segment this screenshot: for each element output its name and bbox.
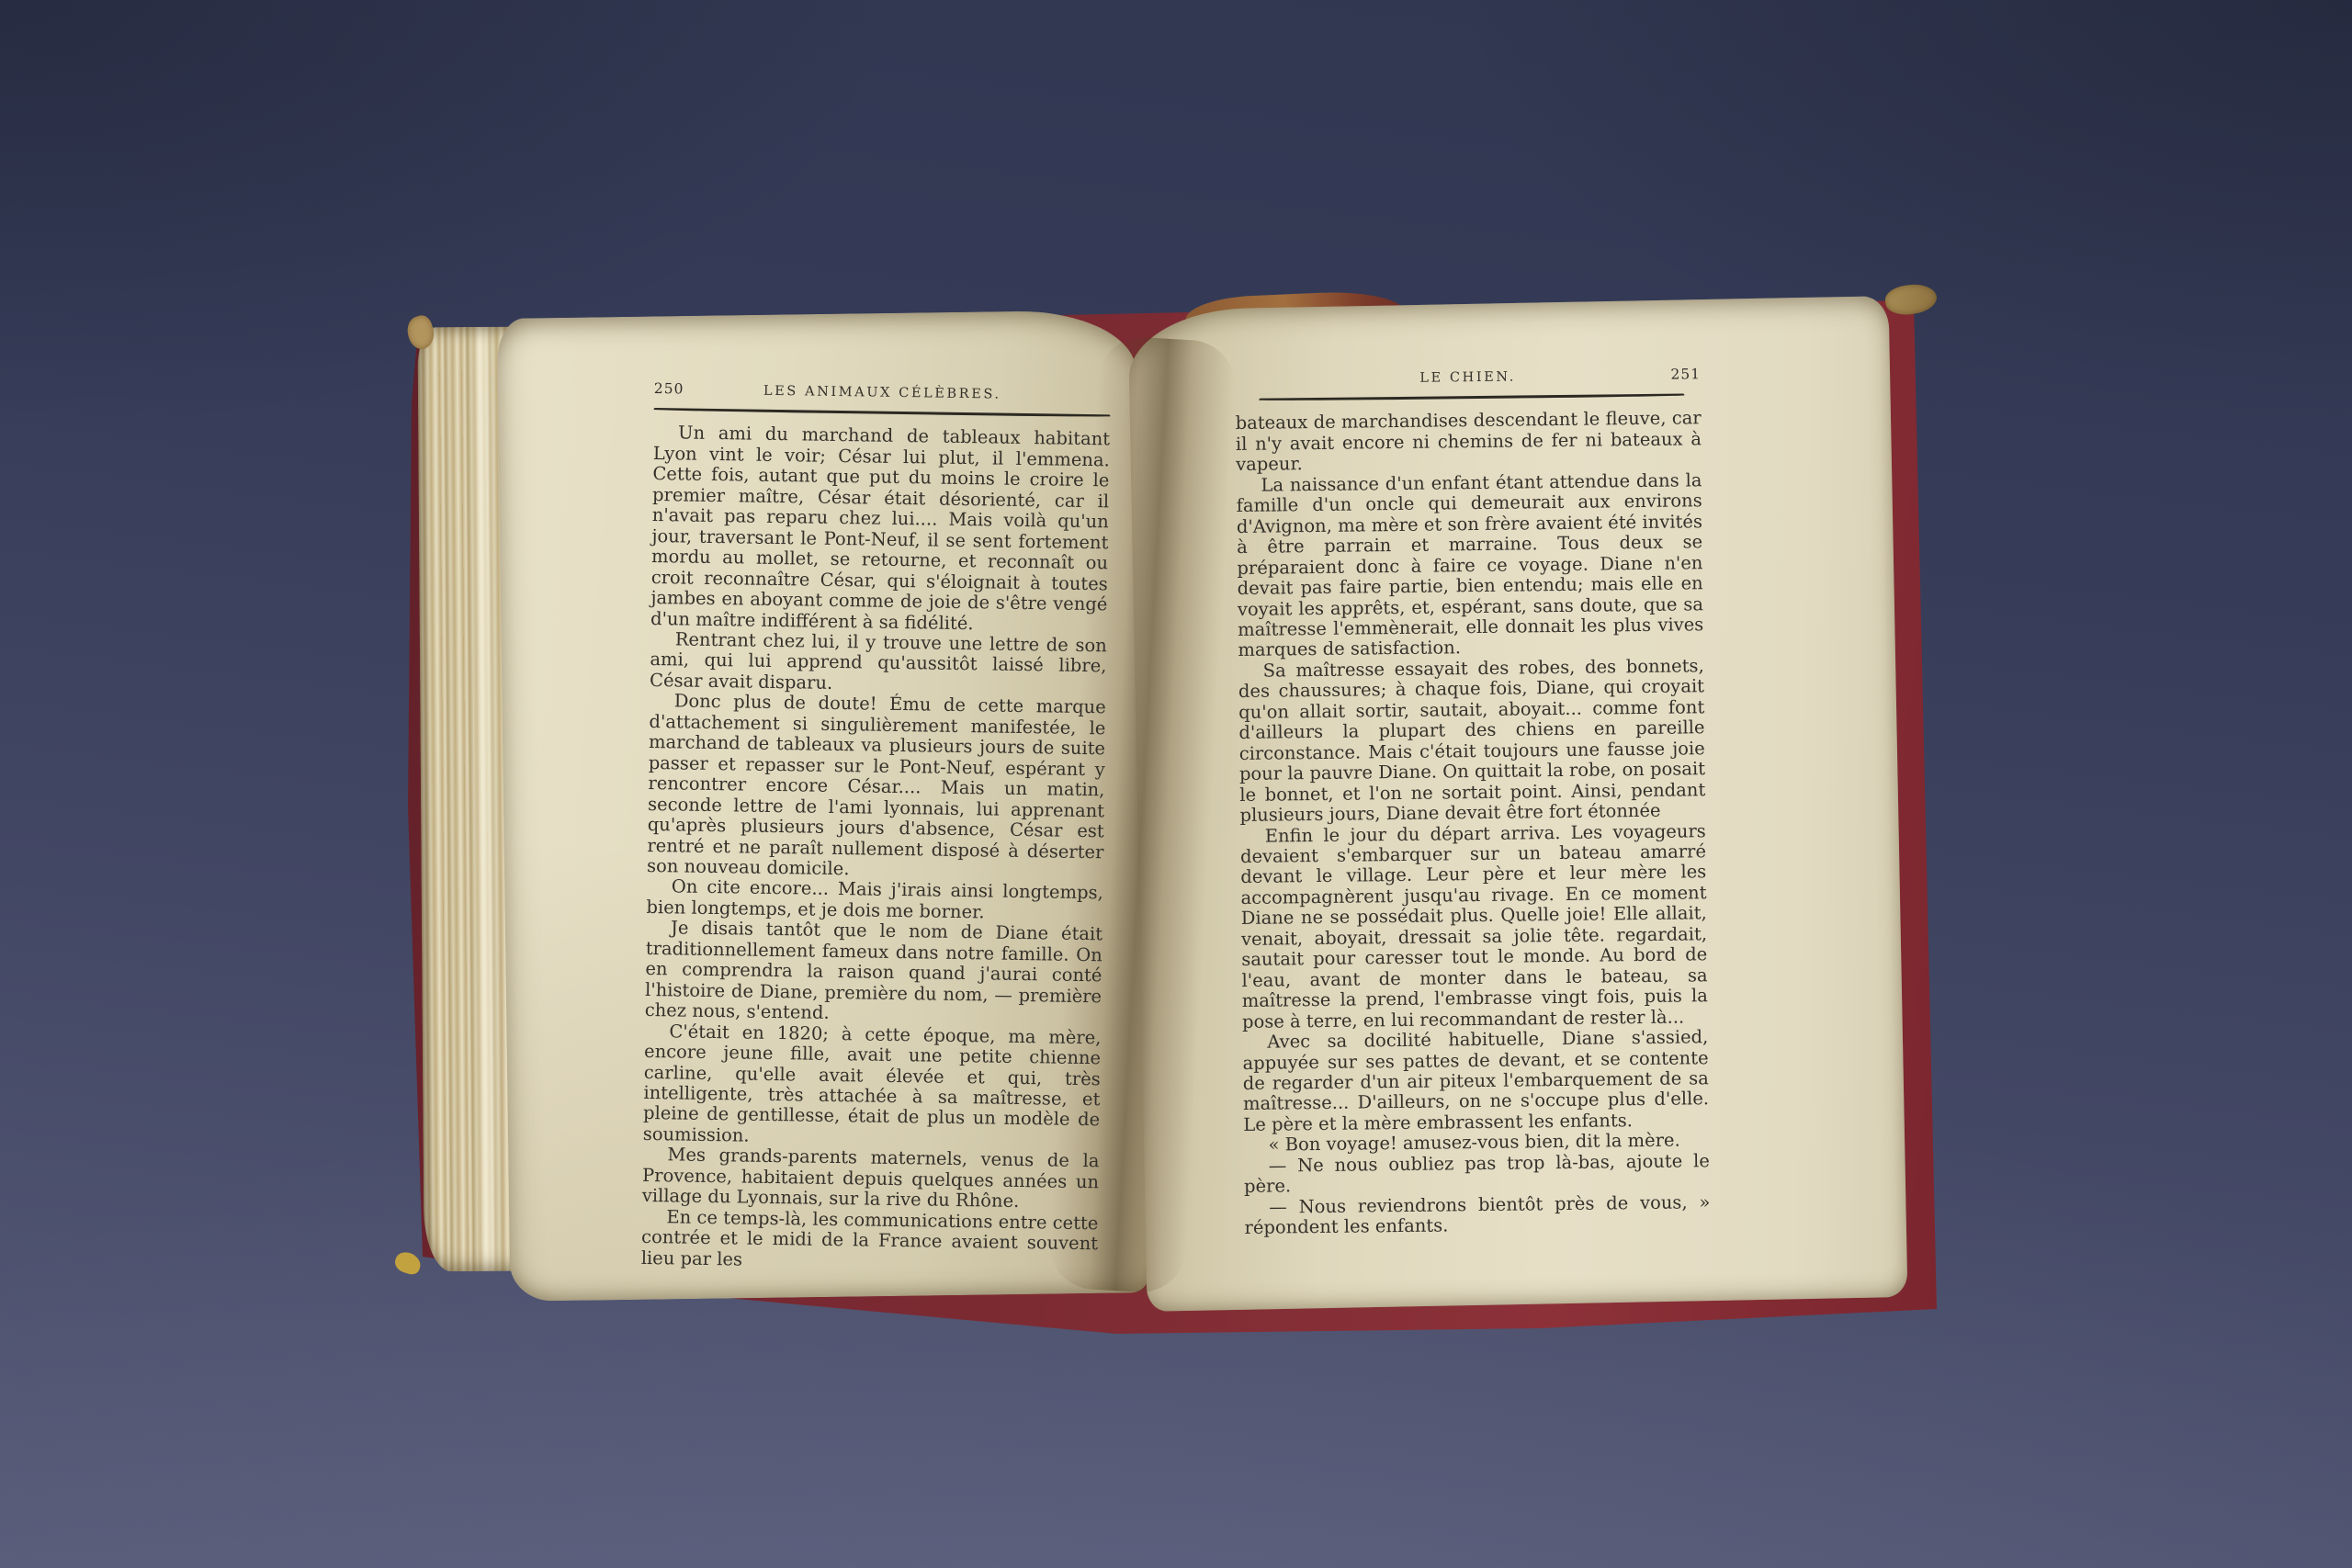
paragraph: Enfin le jour du départ arriva. Les voya… bbox=[1240, 821, 1709, 1032]
right-running-title: LE CHIEN. bbox=[1288, 366, 1647, 390]
paragraph: Un ami du marchand de tableaux habitant … bbox=[650, 423, 1110, 636]
paragraph: — Nous reviendrons bientôt près de vous,… bbox=[1244, 1192, 1710, 1239]
right-page-content: LE CHIEN. 251 bateaux de marchandises de… bbox=[1235, 364, 1711, 1238]
paragraph: C'était en 1820; à cette époque, ma mère… bbox=[643, 1021, 1102, 1152]
paragraph: Donc plus de doute! Ému de cette marque … bbox=[647, 691, 1106, 883]
paragraph: La naissance d'un enfant étant attendue … bbox=[1236, 470, 1703, 661]
right-header-spacer bbox=[1235, 383, 1288, 384]
paragraph: — Ne nous oubliez pas trop là-bas, ajout… bbox=[1244, 1151, 1710, 1198]
paragraph: bateaux de marchandises descendant le fl… bbox=[1236, 409, 1702, 476]
left-header-spacer bbox=[1057, 400, 1111, 400]
paragraph: En ce temps-là, les communications entre… bbox=[641, 1207, 1099, 1276]
paragraph: Rentrant chez lui, il y trouve une lettr… bbox=[650, 629, 1107, 698]
left-page-number: 250 bbox=[654, 378, 707, 400]
paragraph: Mes grands-parents maternels, venus de l… bbox=[642, 1145, 1100, 1213]
paragraph: Je disais tantôt que le nom de Diane éta… bbox=[645, 918, 1103, 1028]
left-page-content: 250 LES ANIMAUX CÉLÈBRES. Un ami du marc… bbox=[641, 378, 1111, 1275]
paragraph: Avec sa docilité habituelle, Diane s'ass… bbox=[1242, 1027, 1709, 1135]
paragraph: Sa maîtresse essayait des robes, des bon… bbox=[1238, 656, 1706, 826]
right-header-rule bbox=[1259, 394, 1684, 401]
left-running-title: LES ANIMAUX CÉLÈBRES. bbox=[707, 380, 1057, 406]
right-page-header: LE CHIEN. 251 bbox=[1235, 364, 1701, 390]
right-page-number: 251 bbox=[1647, 364, 1701, 385]
left-header-rule bbox=[653, 408, 1110, 417]
photo-background: 250 LES ANIMAUX CÉLÈBRES. Un ami du marc… bbox=[0, 0, 2352, 1568]
